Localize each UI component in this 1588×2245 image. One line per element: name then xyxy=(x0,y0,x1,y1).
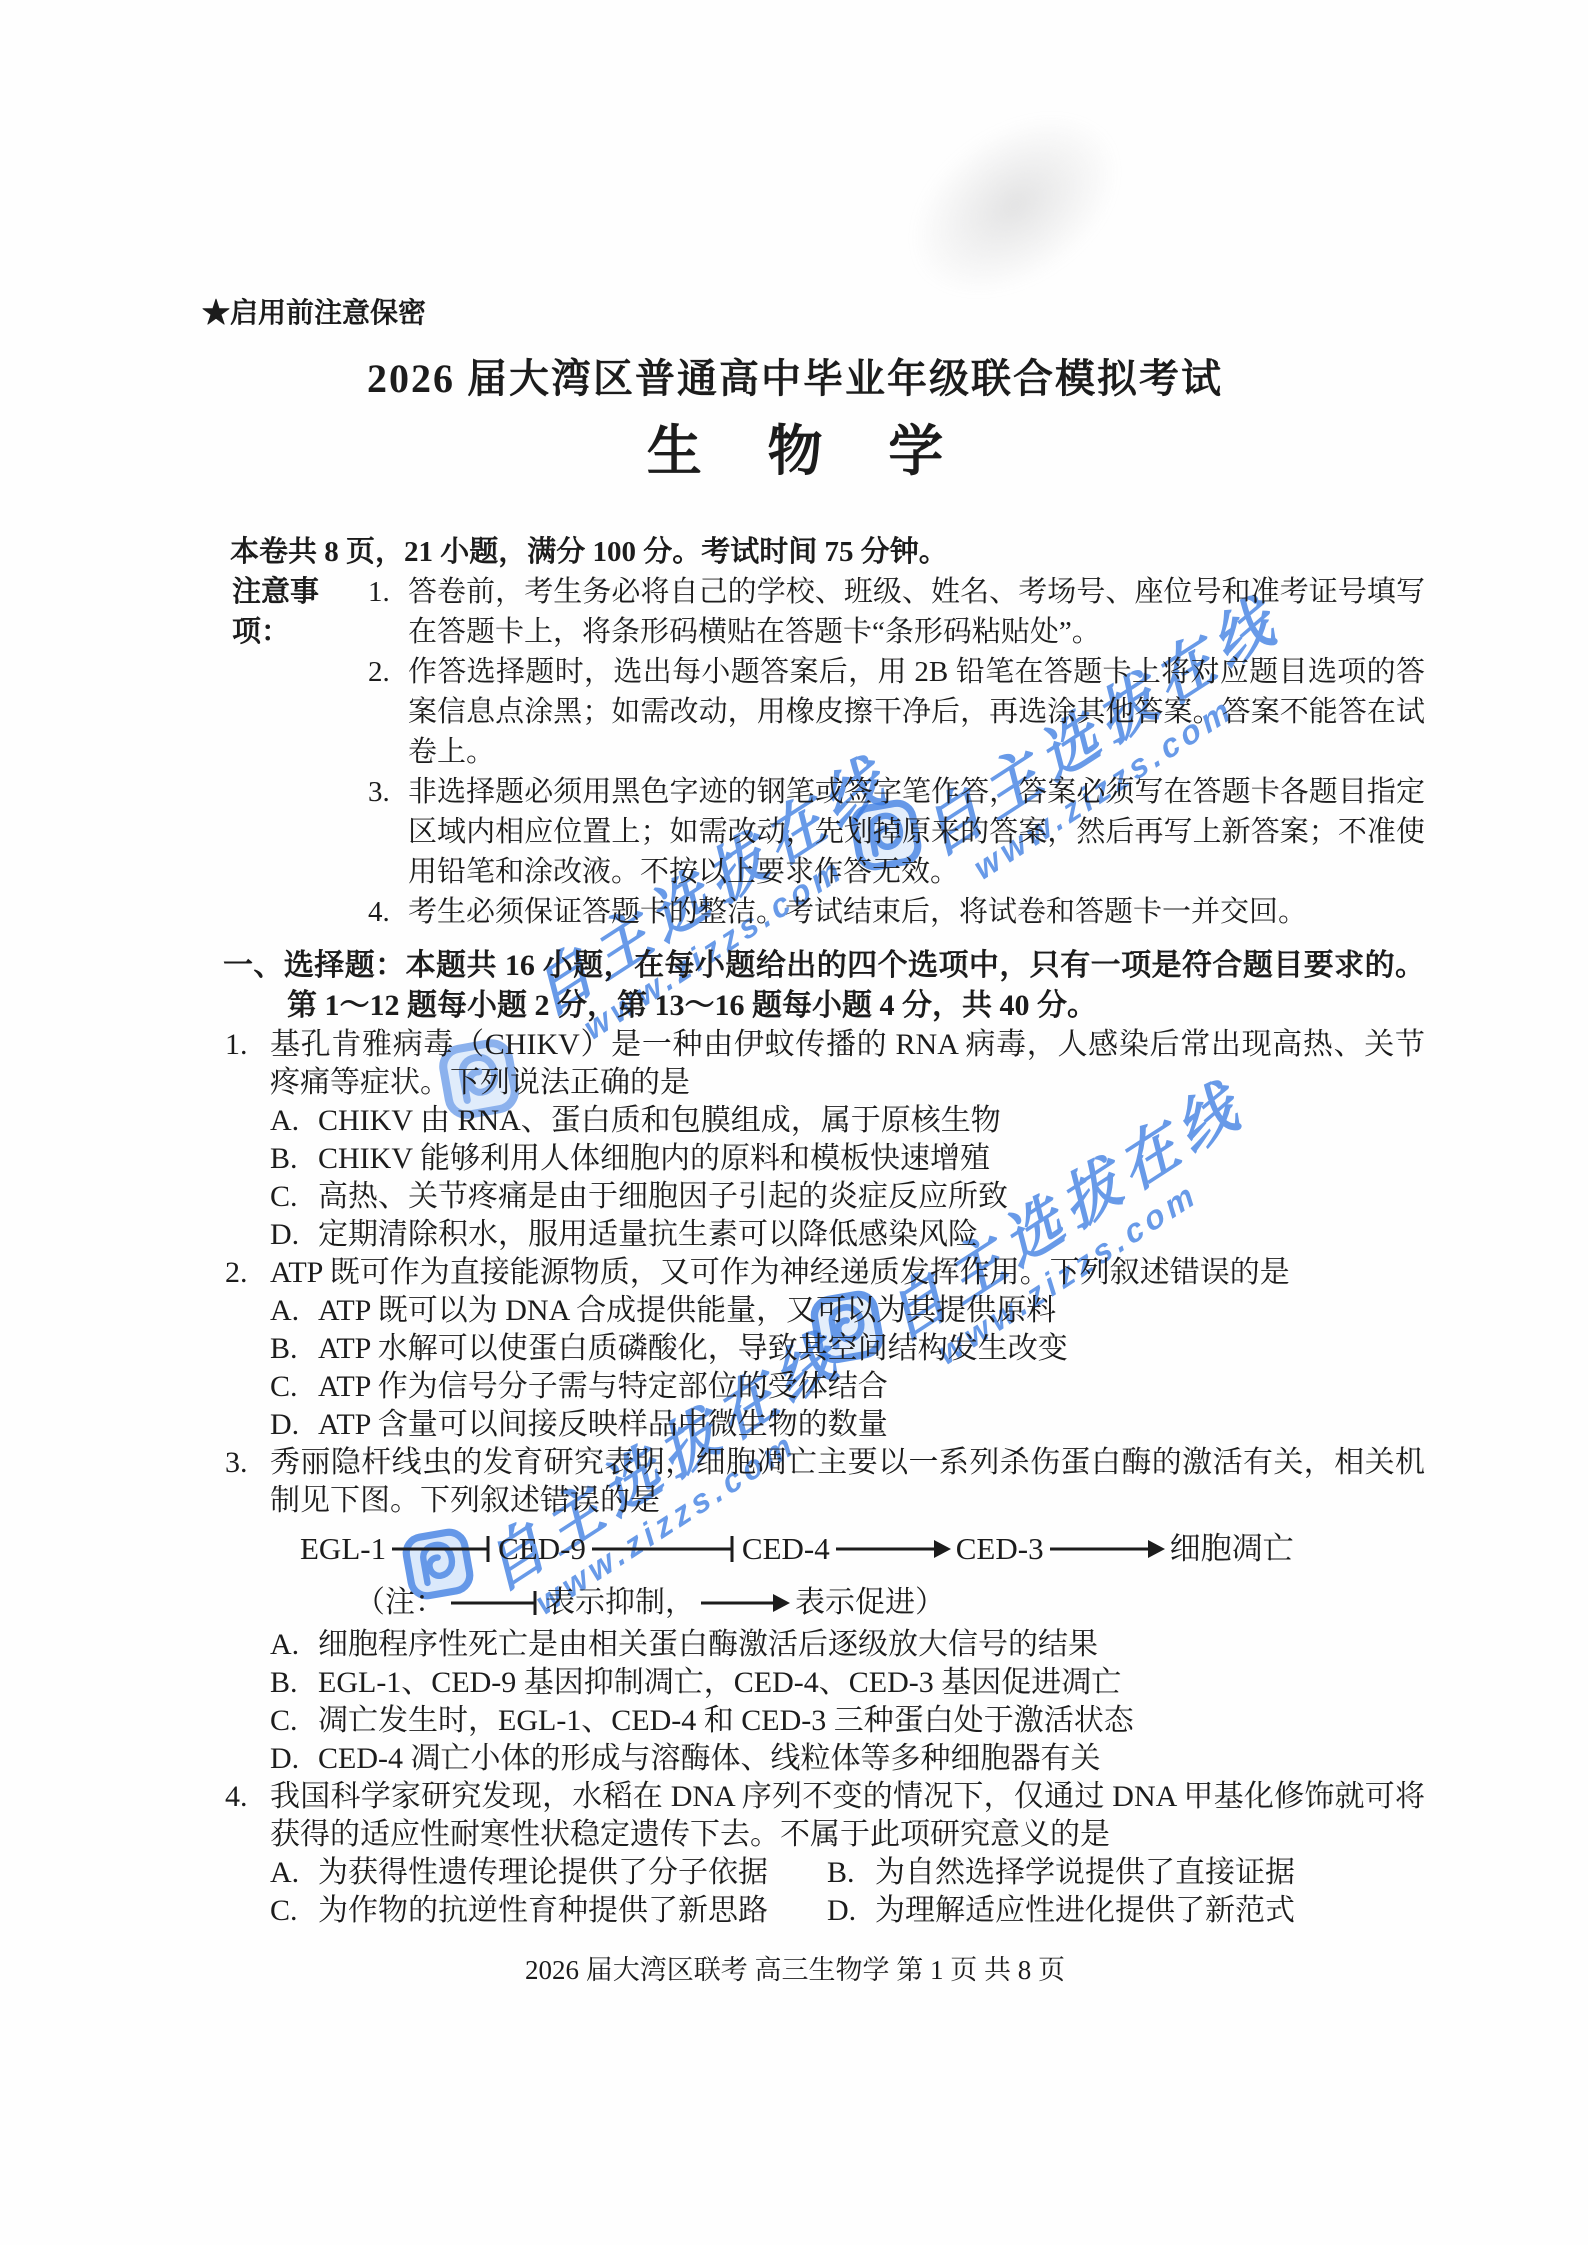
option-label: D. xyxy=(270,1740,318,1778)
option-row: B. ATP 水解可以使蛋白质磷酸化，导致其空间结构发生改变 xyxy=(270,1330,1425,1368)
inhibit-arrow-icon xyxy=(590,1532,738,1566)
option-text: 定期清除积水，服用适量抗生素可以降低感染风险 xyxy=(318,1216,1425,1254)
option-row: D. ATP 含量可以间接反映样品中微生物的数量 xyxy=(270,1406,1425,1444)
option-text: 为作物的抗逆性育种提供了新思路 xyxy=(318,1892,827,1930)
question-number: 4. xyxy=(225,1778,270,1854)
option-text: 细胞程序性死亡是由相关蛋白酶激活后逐级放大信号的结果 xyxy=(318,1626,1425,1664)
option-row: C. 为作物的抗逆性育种提供了新思路 xyxy=(270,1892,827,1930)
option-text: 高热、关节疼痛是由于细胞因子引起的炎症反应所致 xyxy=(318,1178,1425,1216)
option-label: D. xyxy=(270,1406,318,1444)
diagram-node: CED-3 xyxy=(956,1530,1044,1568)
option-row: C. 凋亡发生时，EGL-1、CED-4 和 CED-3 三种蛋白处于激活状态 xyxy=(270,1702,1425,1740)
option-label: A. xyxy=(270,1626,318,1664)
security-notice: ★启用前注意保密 xyxy=(202,296,1425,332)
option-text: ATP 水解可以使蛋白质磷酸化，导致其空间结构发生改变 xyxy=(318,1330,1425,1368)
diagram-node: CED-4 xyxy=(742,1530,830,1568)
option-label: C. xyxy=(270,1368,318,1406)
question-stem-row: 3. 秀丽隐杆线虫的发育研究表明，细胞凋亡主要以一系列杀伤蛋白酶的激活有关，相关… xyxy=(225,1444,1425,1520)
question-stem: ATP 既可作为直接能源物质，又可作为神经递质发挥作用。下列叙述错误的是 xyxy=(270,1254,1425,1292)
option-row: A. CHIKV 由 RNA、蛋白质和包膜组成，属于原核生物 xyxy=(270,1102,1425,1140)
diagram-note-prefix: （注： xyxy=(355,1584,445,1622)
option-row: A. ATP 既可以为 DNA 合成提供能量，又可以为其提供原料 xyxy=(270,1292,1425,1330)
question: 1. 基孔肯雅病毒（CHIKV）是一种由伊蚊传播的 RNA 病毒，人感染后常出现… xyxy=(225,1026,1425,1254)
question-number: 1. xyxy=(225,1026,270,1102)
option-label: A. xyxy=(270,1102,318,1140)
option-label: C. xyxy=(270,1892,318,1930)
notice-number: 4. xyxy=(368,892,408,932)
option-text: ATP 作为信号分子需与特定部位的受体结合 xyxy=(318,1368,1425,1406)
option-row: A. 为获得性遗传理论提供了分子依据 xyxy=(270,1854,827,1892)
option-row: B. CHIKV 能够利用人体细胞内的原料和模板快速增殖 xyxy=(270,1140,1425,1178)
question-stem-row: 2. ATP 既可作为直接能源物质，又可作为神经递质发挥作用。下列叙述错误的是 xyxy=(225,1254,1425,1292)
question-stem: 基孔肯雅病毒（CHIKV）是一种由伊蚊传播的 RNA 病毒，人感染后常出现高热、… xyxy=(270,1026,1425,1102)
diagram-node: EGL-1 xyxy=(300,1530,386,1568)
option-text: EGL-1、CED-9 基因抑制凋亡，CED-4、CED-3 基因促进凋亡 xyxy=(318,1664,1425,1702)
option-label: B. xyxy=(270,1664,318,1702)
promote-arrow-icon xyxy=(1048,1532,1166,1566)
notice-label: 注意事项： xyxy=(232,572,368,652)
notice-row: 3. 非选择题必须用黑色字迹的钢笔或签字笔作答，答案必须写在答题卡各题目指定区域… xyxy=(232,772,1425,892)
notice-text: 答卷前，考生务必将自己的学校、班级、姓名、考场号、座位号和准考证号填写在答题卡上… xyxy=(408,572,1425,652)
question-number: 3. xyxy=(225,1444,270,1520)
option-row: B. 为自然选择学说提供了直接证据 xyxy=(827,1854,1425,1892)
option-text: CED-4 凋亡小体的形成与溶酶体、线粒体等多种细胞器有关 xyxy=(318,1740,1425,1778)
option-row: B. EGL-1、CED-9 基因抑制凋亡，CED-4、CED-3 基因促进凋亡 xyxy=(270,1664,1425,1702)
diagram-note-inhibit: 表示抑制， xyxy=(545,1584,695,1622)
promote-arrow-icon xyxy=(834,1532,952,1566)
option-text: 为理解适应性进化提供了新范式 xyxy=(875,1892,1425,1930)
notice-label-spacer xyxy=(232,892,368,932)
question-number: 2. xyxy=(225,1254,270,1292)
option-label: B. xyxy=(270,1140,318,1178)
footer-page-info: 2026 届大湾区联考 高三生物学 第 1 页 共 8 页 xyxy=(165,1952,1425,1988)
notice-number: 2. xyxy=(368,652,408,772)
option-label: A. xyxy=(270,1854,318,1892)
question: 2. ATP 既可作为直接能源物质，又可作为神经递质发挥作用。下列叙述错误的是 … xyxy=(225,1254,1425,1444)
option-label: B. xyxy=(270,1330,318,1368)
diagram-node: CED-9 xyxy=(498,1530,586,1568)
option-list: A. ATP 既可以为 DNA 合成提供能量，又可以为其提供原料 B. ATP … xyxy=(270,1292,1425,1444)
promote-arrow-icon xyxy=(699,1588,791,1618)
inhibit-arrow-icon xyxy=(449,1588,541,1618)
option-list: A. CHIKV 由 RNA、蛋白质和包膜组成，属于原核生物 B. CHIKV … xyxy=(270,1102,1425,1254)
notice-row: 注意事项： 1. 答卷前，考生务必将自己的学校、班级、姓名、考场号、座位号和准考… xyxy=(232,572,1425,652)
question: 4. 我国科学家研究发现，水稻在 DNA 序列不变的情况下，仅通过 DNA 甲基… xyxy=(225,1778,1425,1930)
question-stem-row: 4. 我国科学家研究发现，水稻在 DNA 序列不变的情况下，仅通过 DNA 甲基… xyxy=(225,1778,1425,1854)
option-row: D. CED-4 凋亡小体的形成与溶酶体、线粒体等多种细胞器有关 xyxy=(270,1740,1425,1778)
notice-label-spacer xyxy=(232,772,368,892)
question-stem: 我国科学家研究发现，水稻在 DNA 序列不变的情况下，仅通过 DNA 甲基化修饰… xyxy=(270,1778,1425,1854)
notice-number: 3. xyxy=(368,772,408,892)
notice-text: 非选择题必须用黑色字迹的钢笔或签字笔作答，答案必须写在答题卡各题目指定区域内相应… xyxy=(408,772,1425,892)
option-text: CHIKV 由 RNA、蛋白质和包膜组成，属于原核生物 xyxy=(318,1102,1425,1140)
page-content: ★启用前注意保密 2026 届大湾区普通高中毕业年级联合模拟考试 生 物 学 本… xyxy=(0,0,1588,1988)
paper-info: 本卷共 8 页，21 小题，满分 100 分。考试时间 75 分钟。 xyxy=(230,532,1425,572)
option-row: D. 定期清除积水，服用适量抗生素可以降低感染风险 xyxy=(270,1216,1425,1254)
inhibit-arrow-icon xyxy=(390,1532,494,1566)
option-label: A. xyxy=(270,1292,318,1330)
option-row: C. 高热、关节疼痛是由于细胞因子引起的炎症反应所致 xyxy=(270,1178,1425,1216)
exam-title: 2026 届大湾区普通高中毕业年级联合模拟考试 xyxy=(165,352,1425,406)
diagram-note-promote: 表示促进） xyxy=(795,1584,945,1622)
diagram-note: （注： 表示抑制， 表示促进） xyxy=(355,1584,1425,1622)
option-list: A. 为获得性遗传理论提供了分子依据 B. 为自然选择学说提供了直接证据 C. … xyxy=(270,1854,1425,1930)
option-text: ATP 既可以为 DNA 合成提供能量，又可以为其提供原料 xyxy=(318,1292,1425,1330)
question-stem-row: 1. 基孔肯雅病毒（CHIKV）是一种由伊蚊传播的 RNA 病毒，人感染后常出现… xyxy=(225,1026,1425,1102)
option-label: D. xyxy=(827,1892,875,1930)
option-row: D. 为理解适应性进化提供了新范式 xyxy=(827,1892,1425,1930)
section-header: 一、选择题：本题共 16 小题，在每小题给出的四个选项中，只有一项是符合题目要求… xyxy=(223,946,1425,1026)
option-label: C. xyxy=(270,1702,318,1740)
notice-block: 注意事项： 1. 答卷前，考生务必将自己的学校、班级、姓名、考场号、座位号和准考… xyxy=(232,572,1425,932)
notice-label-spacer xyxy=(232,652,368,772)
notice-text: 考生必须保证答题卡的整洁。考试结束后，将试卷和答题卡一并交回。 xyxy=(408,892,1425,932)
exam-paper-page: 自主选拔在线 www.zizzs.com 自主选拔在线 www.zizzs.co… xyxy=(0,0,1588,2245)
option-text: CHIKV 能够利用人体细胞内的原料和模板快速增殖 xyxy=(318,1140,1425,1178)
option-text: 为获得性遗传理论提供了分子依据 xyxy=(318,1854,827,1892)
option-text: 凋亡发生时，EGL-1、CED-4 和 CED-3 三种蛋白处于激活状态 xyxy=(318,1702,1425,1740)
apoptosis-pathway-diagram: EGL-1 CED-9 CED-4 CED-3 细胞凋亡 xyxy=(300,1530,1425,1568)
notice-row: 4. 考生必须保证答题卡的整洁。考试结束后，将试卷和答题卡一并交回。 xyxy=(232,892,1425,932)
option-row: C. ATP 作为信号分子需与特定部位的受体结合 xyxy=(270,1368,1425,1406)
question-stem: 秀丽隐杆线虫的发育研究表明，细胞凋亡主要以一系列杀伤蛋白酶的激活有关，相关机制见… xyxy=(270,1444,1425,1520)
option-list: A. 细胞程序性死亡是由相关蛋白酶激活后逐级放大信号的结果 B. EGL-1、C… xyxy=(270,1626,1425,1778)
option-label: C. xyxy=(270,1178,318,1216)
diagram-node: 细胞凋亡 xyxy=(1170,1530,1294,1568)
option-label: B. xyxy=(827,1854,875,1892)
option-text: 为自然选择学说提供了直接证据 xyxy=(875,1854,1425,1892)
question: 3. 秀丽隐杆线虫的发育研究表明，细胞凋亡主要以一系列杀伤蛋白酶的激活有关，相关… xyxy=(225,1444,1425,1778)
notice-number: 1. xyxy=(368,572,408,652)
notice-row: 2. 作答选择题时，选出每小题答案后，用 2B 铅笔在答题卡上将对应题目选项的答… xyxy=(232,652,1425,772)
subject-title: 生 物 学 xyxy=(165,416,1425,488)
option-text: ATP 含量可以间接反映样品中微生物的数量 xyxy=(318,1406,1425,1444)
notice-text: 作答选择题时，选出每小题答案后，用 2B 铅笔在答题卡上将对应题目选项的答案信息… xyxy=(408,652,1425,772)
option-row: A. 细胞程序性死亡是由相关蛋白酶激活后逐级放大信号的结果 xyxy=(270,1626,1425,1664)
option-label: D. xyxy=(270,1216,318,1254)
